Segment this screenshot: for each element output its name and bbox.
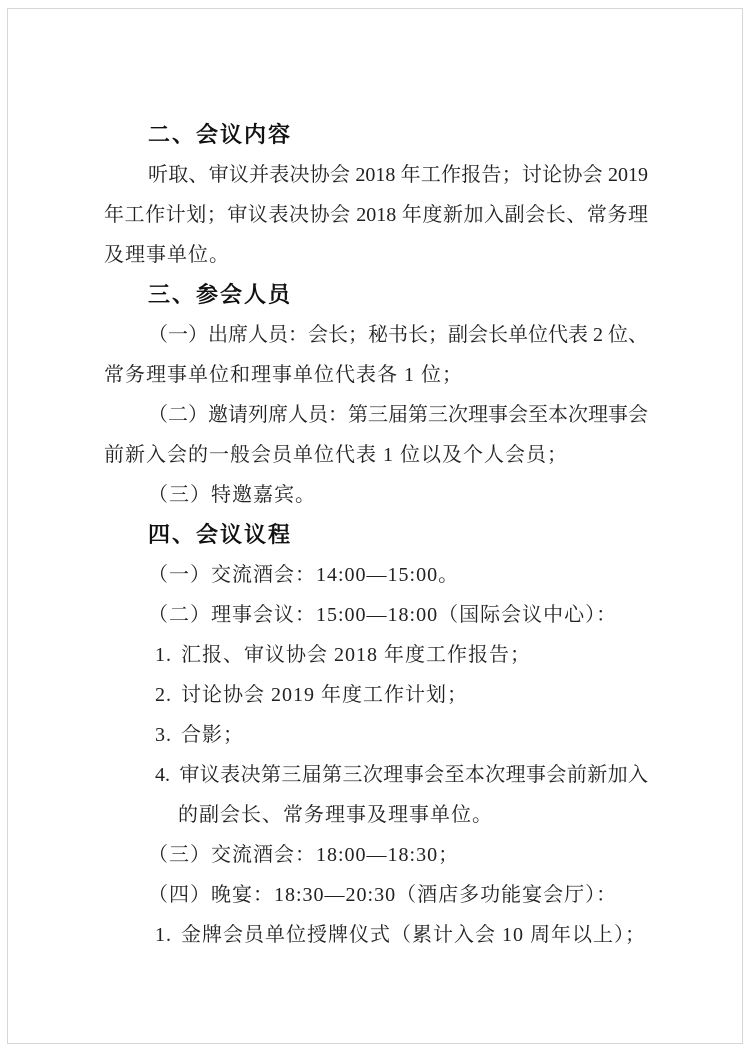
list-item: 3.合影； xyxy=(104,715,648,755)
paragraph-line: 听取、审议并表决协会 2018 年工作报告；讨论协会 2019 xyxy=(104,155,648,195)
document-page: { "page": { "background": "#ffffff", "bo… xyxy=(0,0,750,1056)
paragraph-line: 年工作计划；审议表决协会 2018 年度新加入副会长、常务理事 xyxy=(104,195,648,235)
list-item-text: 审议表决第三届第三次理事会至本次理事会前新加入 xyxy=(179,764,648,786)
paragraph-line: （一）交流酒会：14:00—15:00。 xyxy=(104,555,648,595)
list-item-number: 1. xyxy=(155,924,172,946)
paragraph-line: 常务理事单位和理事单位代表各 1 位； xyxy=(104,355,648,395)
list-item-number: 3. xyxy=(155,724,172,746)
paragraph-line: （二）理事会议：15:00—18:00（国际会议中心）： xyxy=(104,595,648,635)
list-item-text: 讨论协会 2019 年度工作计划； xyxy=(181,684,468,706)
document-body: 二、会议内容听取、审议并表决协会 2018 年工作报告；讨论协会 2019年工作… xyxy=(104,115,648,955)
paragraph-line: 前新入会的一般会员单位代表 1 位以及个人会员； xyxy=(104,435,648,475)
list-item: 2.讨论协会 2019 年度工作计划； xyxy=(104,675,648,715)
list-item-number: 1. xyxy=(155,644,172,666)
list-item: 4.审议表决第三届第三次理事会至本次理事会前新加入 xyxy=(104,755,648,795)
list-item-number: 2. xyxy=(155,684,172,706)
list-item-number: 4. xyxy=(155,764,170,786)
paragraph-line: （四）晚宴：18:30—20:30（酒店多功能宴会厅）： xyxy=(104,875,648,915)
list-item: 1.汇报、审议协会 2018 年度工作报告； xyxy=(104,635,648,675)
section-heading: 四、会议议程 xyxy=(104,515,648,555)
paragraph-line: 及理事单位。 xyxy=(104,235,648,275)
paragraph-line: （三）交流酒会：18:00—18:30； xyxy=(104,835,648,875)
paragraph-line: （一）出席人员：会长；秘书长；副会长单位代表 2 位、 xyxy=(104,315,648,355)
list-item-text: 金牌会员单位授牌仪式（累计入会 10 周年以上）； xyxy=(181,924,646,946)
list-item-continuation: 的副会长、常务理事及理事单位。 xyxy=(104,795,648,835)
section-heading: 三、参会人员 xyxy=(104,275,648,315)
list-item-text: 汇报、审议协会 2018 年度工作报告； xyxy=(181,644,531,666)
list-item-text: 合影； xyxy=(181,724,244,746)
paragraph-line: （二）邀请列席人员：第三届第三次理事会至本次理事会 xyxy=(104,395,648,435)
section-heading: 二、会议内容 xyxy=(104,115,648,155)
list-item: 1.金牌会员单位授牌仪式（累计入会 10 周年以上）； xyxy=(104,915,648,955)
paragraph-line: （三）特邀嘉宾。 xyxy=(104,475,648,515)
